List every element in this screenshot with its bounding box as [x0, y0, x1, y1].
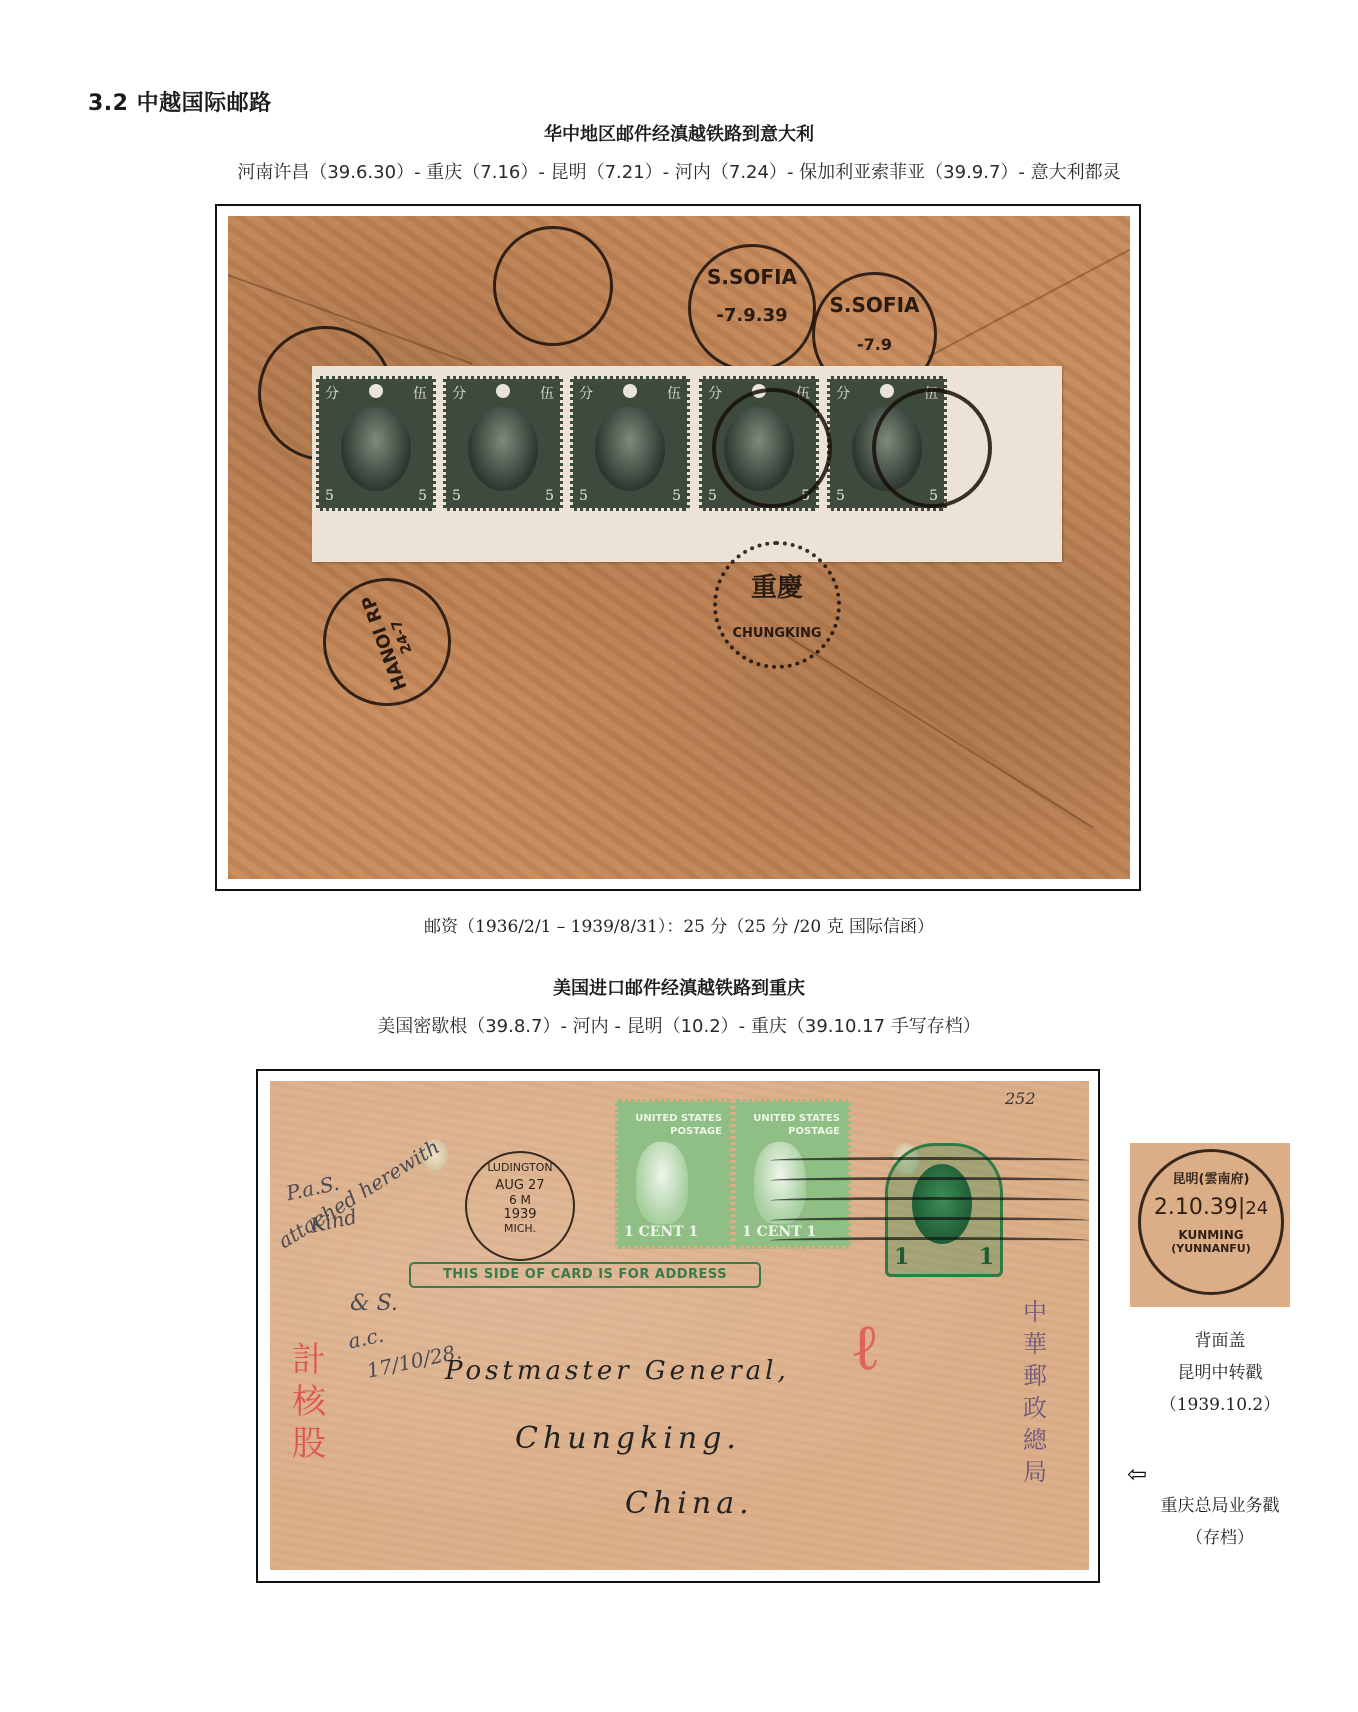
postcard-image: UNITED STATES POSTAGE 1 CENT 1 UNITED ST…	[270, 1081, 1089, 1570]
postmark-sofia-1: S.SOFIA -7.9.39	[688, 244, 816, 372]
postmark-kunming: 昆明(雲南府) 2.10.39|24 KUNMING (YUNNANFU)	[1138, 1149, 1284, 1295]
postmark-transit	[493, 226, 613, 346]
stamp-2: 分伍 55	[443, 376, 563, 511]
cover-image: S.SOFIA -7.9.39 S.SOFIA -7.9 分伍 55 分伍 55…	[228, 216, 1130, 879]
archive-caption: 重庆总局业务戳 （存档）	[1110, 1490, 1330, 1554]
address-line-2: Chungking.	[515, 1421, 741, 1456]
address-panel: THIS SIDE OF CARD IS FOR ADDRESS	[409, 1262, 761, 1288]
address-line-1: Postmaster General,	[445, 1356, 790, 1386]
card-number: 252	[1005, 1089, 1036, 1108]
postmark-chungking: 重慶 CHUNGKING	[713, 541, 841, 669]
stamp-1: 分伍 55	[316, 376, 436, 511]
exhibit2-heading: 美国进口邮件经滇越铁路到重庆	[0, 974, 1358, 1000]
postmark-on-stamp	[712, 388, 832, 508]
us-stamp-2: UNITED STATES POSTAGE 1 CENT 1	[733, 1099, 851, 1249]
postmark-ludington: LUDINGTON AUG 27 6 M 1939 MICH.	[465, 1151, 575, 1261]
purple-archive-mark: 中華郵政總局	[1023, 1296, 1053, 1488]
exhibit1-route: 河南许昌（39.6.30）- 重庆（7.16）- 昆明（7.21）- 河内（7.…	[0, 158, 1358, 184]
address-line-3: China.	[625, 1486, 754, 1521]
fragment-caption: 背面盖 昆明中转戳 （1939.10.2）	[1110, 1325, 1330, 1421]
exhibit1-postage-note: 邮资（1936/2/1 – 1939/8/31）：25 分（25 分 /20 克…	[0, 912, 1358, 937]
arrow-left-icon: ⇦	[1127, 1462, 1147, 1486]
red-chinese-mark: 計核股	[292, 1339, 332, 1465]
postmark-on-stamp-2	[872, 388, 992, 508]
section-title: 3.2 中越国际邮路	[88, 86, 272, 117]
exhibit2-route: 美国密歇根（39.8.7）- 河内 - 昆明（10.2）- 重庆（39.10.1…	[0, 1012, 1358, 1038]
stamp-3: 分伍 55	[570, 376, 690, 511]
exhibit1-heading: 华中地区邮件经滇越铁路到意大利	[0, 120, 1358, 146]
stamp-strip: 分伍 55 分伍 55 分伍 55 分伍 55 分伍 55	[312, 366, 1062, 562]
kunming-postmark-fragment: 昆明(雲南府) 2.10.39|24 KUNMING (YUNNANFU)	[1130, 1143, 1290, 1307]
red-handstamp: ℓ	[850, 1311, 881, 1385]
us-stamp-1: UNITED STATES POSTAGE 1 CENT 1	[615, 1099, 733, 1249]
postmark-hanoi: HANOI RP 24-7	[305, 560, 469, 724]
